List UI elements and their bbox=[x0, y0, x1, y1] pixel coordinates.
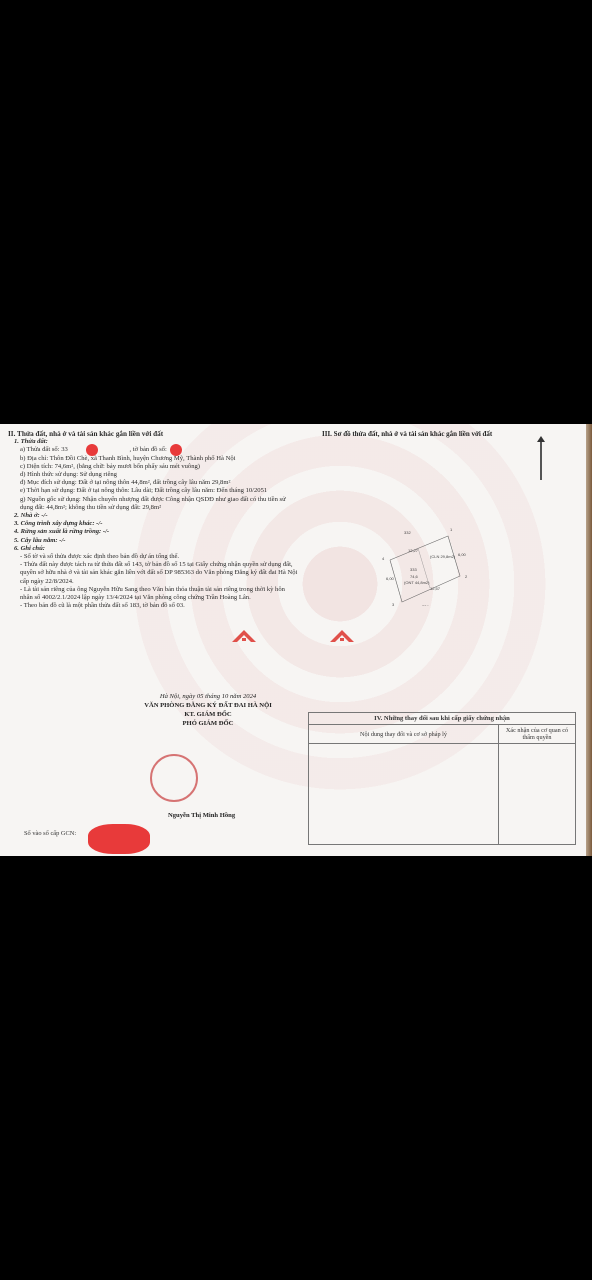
deputy-title: PHÓ GIÁM ĐỐC bbox=[108, 719, 308, 728]
perennial: 5. Cây lâu năm: -/- bbox=[8, 537, 298, 545]
signature-block: Hà Nội, ngày 05 tháng 10 năm 2024 VĂN PH… bbox=[108, 692, 308, 728]
section-4-title: IV. Những thay đổi sau khi cấp giấy chứn… bbox=[309, 713, 576, 725]
svg-text:6,00: 6,00 bbox=[386, 576, 395, 581]
forest: 4. Rừng sản xuất là rừng trồng: -/- bbox=[8, 528, 298, 536]
house: 2. Nhà ở: -/- bbox=[8, 512, 298, 520]
house-logo-icon bbox=[330, 628, 354, 642]
svg-text:(ONT 44,8m2): (ONT 44,8m2) bbox=[404, 580, 430, 585]
signer-name: Nguyễn Thị Minh Hồng bbox=[168, 812, 235, 819]
other-works: 3. Công trình xây dựng khác: -/- bbox=[8, 520, 298, 528]
official-seal-icon bbox=[150, 754, 198, 802]
svg-text:2: 2 bbox=[465, 574, 468, 579]
redaction-mark bbox=[86, 444, 98, 456]
svg-text:3: 3 bbox=[392, 602, 395, 606]
north-arrow-icon bbox=[540, 440, 542, 480]
section-3-title: III. Sơ đồ thửa đất, nhà ở và tài sản kh… bbox=[322, 430, 492, 438]
land-certificate-page: II. Thửa đất, nhà ở và tài sản khác gắn … bbox=[0, 424, 592, 856]
redaction-mark bbox=[88, 824, 150, 854]
note: - Là tài sản riêng của ông Nguyễn Hữu Sa… bbox=[8, 586, 298, 602]
office-name: VĂN PHÒNG ĐĂNG KÝ ĐẤT ĐAI HÀ NỘI bbox=[108, 701, 308, 710]
gcn-label: Số vào sổ cấp GCN: bbox=[24, 830, 76, 837]
svg-text:74,6: 74,6 bbox=[410, 574, 419, 579]
redaction-mark bbox=[170, 444, 182, 456]
note: - Thửa đất này được tách ra từ thửa đất … bbox=[8, 561, 298, 586]
notes-heading: 6. Ghi chú: bbox=[8, 545, 298, 553]
plot-diagram: 332 12,27 1 2 3 4 6,00 6,00 12,57 333 74… bbox=[360, 516, 510, 606]
svg-text:6,00: 6,00 bbox=[458, 552, 467, 557]
svg-text:(CLN 29,8m2): (CLN 29,8m2) bbox=[430, 554, 456, 559]
paper-edge bbox=[586, 424, 592, 856]
svg-text:4: 4 bbox=[382, 556, 385, 561]
section-2-title: II. Thửa đất, nhà ở và tài sản khác gắn … bbox=[8, 430, 298, 438]
usage-purpose: đ) Mục đích sử dụng: Đất ở tại nông thôn… bbox=[8, 479, 298, 487]
note: - Số tờ và số thửa được xác định theo bả… bbox=[8, 553, 298, 561]
origin: g) Nguồn gốc sử dụng: Nhận chuyển nhượng… bbox=[8, 496, 298, 512]
land-heading: 1. Thửa đất: bbox=[8, 438, 298, 446]
col-content: Nội dung thay đổi và cơ sở pháp lý bbox=[309, 725, 499, 744]
svg-text:334: 334 bbox=[422, 604, 429, 606]
parcel-number: a) Thửa đất số: 33 , tờ bản đồ số: bbox=[8, 446, 298, 454]
section-2: II. Thửa đất, nhà ở và tài sản khác gắn … bbox=[8, 430, 298, 610]
neighbor-top: 332 bbox=[404, 530, 411, 535]
kt-title: KT. GIÁM ĐỐC bbox=[108, 710, 308, 719]
usage-form: d) Hình thức sử dụng: Sử dụng riêng bbox=[8, 471, 298, 479]
note: - Theo bản đồ cũ là một phần thửa đất số… bbox=[8, 602, 298, 610]
svg-text:333: 333 bbox=[410, 567, 417, 572]
address: b) Địa chỉ: Thôn Đồi Chè, xã Thanh Bình,… bbox=[8, 455, 298, 463]
svg-text:12,57: 12,57 bbox=[430, 586, 441, 591]
area: c) Diện tích: 74,6m², (bằng chữ: bảy mươ… bbox=[8, 463, 298, 471]
svg-text:1: 1 bbox=[450, 527, 453, 532]
usage-term: e) Thời hạn sử dụng: Đất ở tại nông thôn… bbox=[8, 487, 298, 495]
house-logo-icon bbox=[232, 628, 256, 642]
date-line: Hà Nội, ngày 05 tháng 10 năm 2024 bbox=[108, 692, 308, 701]
svg-text:12,27: 12,27 bbox=[408, 548, 419, 553]
changes-table: IV. Những thay đổi sau khi cấp giấy chứn… bbox=[308, 712, 576, 845]
col-confirmation: Xác nhận của cơ quan có thẩm quyền bbox=[499, 725, 576, 744]
